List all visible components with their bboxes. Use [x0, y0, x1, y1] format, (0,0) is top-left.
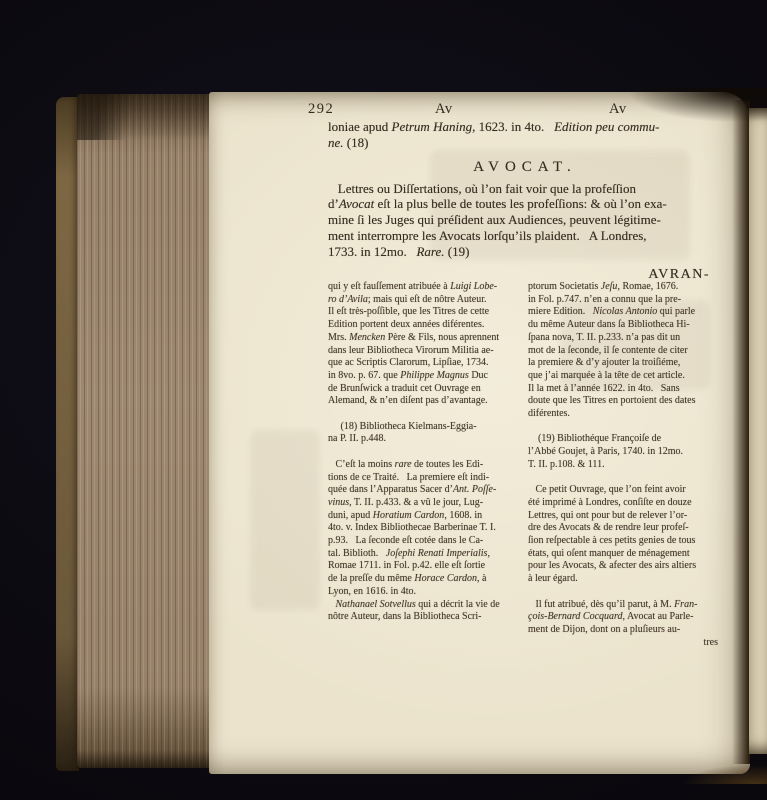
footnote-line: l’Abbé Goujet, à Paris, 1740. in 12mo. — [528, 446, 728, 459]
footnote-line: Mrs. Mencken Père & Fils, nous aprennent — [328, 332, 528, 345]
footnote-line: doute que les Titres en portoient des da… — [528, 395, 728, 408]
footnote-line: Il eſt très-poſſible, que les Titres de … — [328, 306, 528, 319]
footnote-line: du même Auteur dans ſa Bibliotheca Hi- — [528, 319, 728, 332]
text-line: mine ſi les Juges qui préſident aux Audi… — [328, 212, 722, 228]
footnote-line: nôtre Auteur, dans la Bibliotheca Scri- — [328, 611, 528, 624]
running-title-left: Av — [435, 101, 453, 118]
footnote-line: ro d’Avila; mais qui eſt de nôtre Auteur… — [328, 294, 528, 307]
facing-page-sliver — [749, 108, 767, 754]
text-line: ment interrompre les Avocats lorſqu’ils … — [328, 228, 722, 244]
catchword-bottom: tres — [528, 637, 728, 650]
main-text-column: loniae apud Petrum Haning, 1623. in 4to.… — [328, 119, 722, 283]
footnote-line — [328, 408, 528, 421]
footnote-line: ment de Dijon, dont on a pluſieurs au- — [528, 624, 728, 637]
footnote-line: quée dans l’Apparatus Sacer d’Ant. Poſſe… — [328, 484, 528, 497]
footnote-line: pour les Avocats, & afecter des airs alt… — [528, 560, 728, 573]
footnote-line: çois-Bernard Cocquard, Avocat au Parle- — [528, 611, 728, 624]
footnote-lines-right: ptorum Societatis Jeſu, Romae, 1676.in F… — [528, 281, 728, 637]
footnote-line: Ce petit Ouvrage, que l’on feint avoir — [528, 484, 728, 497]
footnote-line — [328, 446, 528, 459]
footnote-line: na P. II. p.448. — [328, 433, 528, 446]
footnote-line: états, qui oſent manquer de ménagement — [528, 548, 728, 561]
footnote-line: miere Edition. Nicolas Antonio qui parle — [528, 306, 728, 319]
footnote-line: p.93. La ſeconde eſt cotée dans le Ca- — [328, 535, 528, 548]
footnote-line: ſion reſpectable à ces petits genies de … — [528, 535, 728, 548]
text-line: loniae apud Petrum Haning, 1623. in 4to.… — [328, 119, 722, 135]
page-header: 292 Av Av — [209, 101, 750, 121]
footnote-line: la premiere & d’y ajouter la troiſiéme, — [528, 357, 728, 370]
body-paragraph: Lettres ou Diſſertations, où l’on fait v… — [328, 181, 722, 260]
footnote-line: duni, apud Horatium Cardon, 1608. in — [328, 510, 528, 523]
footnote-line: Edition portent deux années diférentes. — [328, 319, 528, 332]
footnote-line: à leur égard. — [528, 573, 728, 586]
footnote-line: Nathanael Sotvellus qui a décrit la vie … — [328, 599, 528, 612]
footnote-line: Il fut atribué, dès qu’il parut, à M. Fr… — [528, 599, 728, 612]
footnote-line: mot de la ſeconde, il ſe contente de cit… — [528, 345, 728, 358]
book-photo: 292 Av Av loniae apud Petrum Haning, 162… — [0, 0, 767, 800]
text-line: ne. (18) — [328, 135, 722, 151]
footnote-line: tal. Biblioth. Joſephi Renati Imperialis… — [328, 548, 528, 561]
footnote-line: Il la met à l’année 1622. in 4to. Sans — [528, 383, 728, 396]
footnote-line: de Brunſwick a traduit cet Ouvrage en — [328, 383, 528, 396]
footnote-lines-left: qui y eſt fauſſement atribuée à Luigi Lo… — [328, 281, 528, 624]
footnote-line: que ac Scriptis Clarorum, Lipſiae, 1734. — [328, 357, 528, 370]
footnote-line: 4to. v. Index Bibliothecae Barberinae T.… — [328, 522, 528, 535]
text-line: d’Avocat eſt la plus belle de toutes les… — [328, 196, 722, 212]
footnote-line: in Fol. p.747. n’en a connu que la pre- — [528, 294, 728, 307]
footnote-column-right: ptorum Societatis Jeſu, Romae, 1676.in F… — [528, 281, 728, 649]
footnote-line: dans leur Bibliotheca Virorum Militia ae… — [328, 345, 528, 358]
footnote-line — [528, 421, 728, 434]
footnote-line: Lettres, qui ont pour but de relever l’o… — [528, 510, 728, 523]
footnote-line: de la preſſe du même Horace Cardon, à — [328, 573, 528, 586]
footnote-line: été imprimé à Londres, conſiſte en douze — [528, 497, 728, 510]
page-content: 292 Av Av loniae apud Petrum Haning, 162… — [209, 92, 750, 774]
footnote-line: que j’ai marquée à la tête de cet articl… — [528, 370, 728, 383]
footnote-line: in 8vo. p. 67. que Philippe Magnus Duc — [328, 370, 528, 383]
footnote-line: Romae 1711. in Fol. p.42. elle eſt ſorti… — [328, 560, 528, 573]
section-heading: AVOCAT. — [328, 159, 722, 176]
footnote-line: dre des Avocats & de rendre leur profeſ- — [528, 522, 728, 535]
page-number: 292 — [308, 101, 334, 118]
footnote-column-left: qui y eſt fauſſement atribuée à Luigi Lo… — [328, 281, 528, 624]
footnote-line: tions de ce Traité. La premiere eſt indi… — [328, 472, 528, 485]
footnote-line: (18) Bibliotheca Kielmans-Eggia- — [328, 421, 528, 434]
footnote-line: ptorum Societatis Jeſu, Romae, 1676. — [528, 281, 728, 294]
text-line: Lettres ou Diſſertations, où l’on fait v… — [328, 181, 722, 197]
footnote-line — [528, 586, 728, 599]
intro-paragraph: loniae apud Petrum Haning, 1623. in 4to.… — [328, 119, 722, 151]
footnote-line: C’eſt la moins rare de toutes les Edi- — [328, 459, 528, 472]
book-page-edges — [77, 94, 211, 768]
text-line: 1733. in 12mo. Rare. (19) — [328, 244, 722, 260]
footnote-line: Lyon, en 1616. in 4to. — [328, 586, 528, 599]
footnote-line — [528, 472, 728, 485]
footnote-line: (19) Bibliothéque Françoiſe de — [528, 433, 728, 446]
footnote-line: qui y eſt fauſſement atribuée à Luigi Lo… — [328, 281, 528, 294]
footnote-line: ſpana nova, T. II. p.233. n’a pas dit un — [528, 332, 728, 345]
footnote-line: diférentes. — [528, 408, 728, 421]
running-title-right: Av — [609, 101, 627, 118]
footnote-line: vinus, T. II. p.433. & a vû le jour, Lug… — [328, 497, 528, 510]
footnote-line: Alemand, & n’en diſent pas d’avantage. — [328, 395, 528, 408]
footnote-line: T. II. p.108. & 111. — [528, 459, 728, 472]
book-cover-edge — [56, 97, 79, 771]
